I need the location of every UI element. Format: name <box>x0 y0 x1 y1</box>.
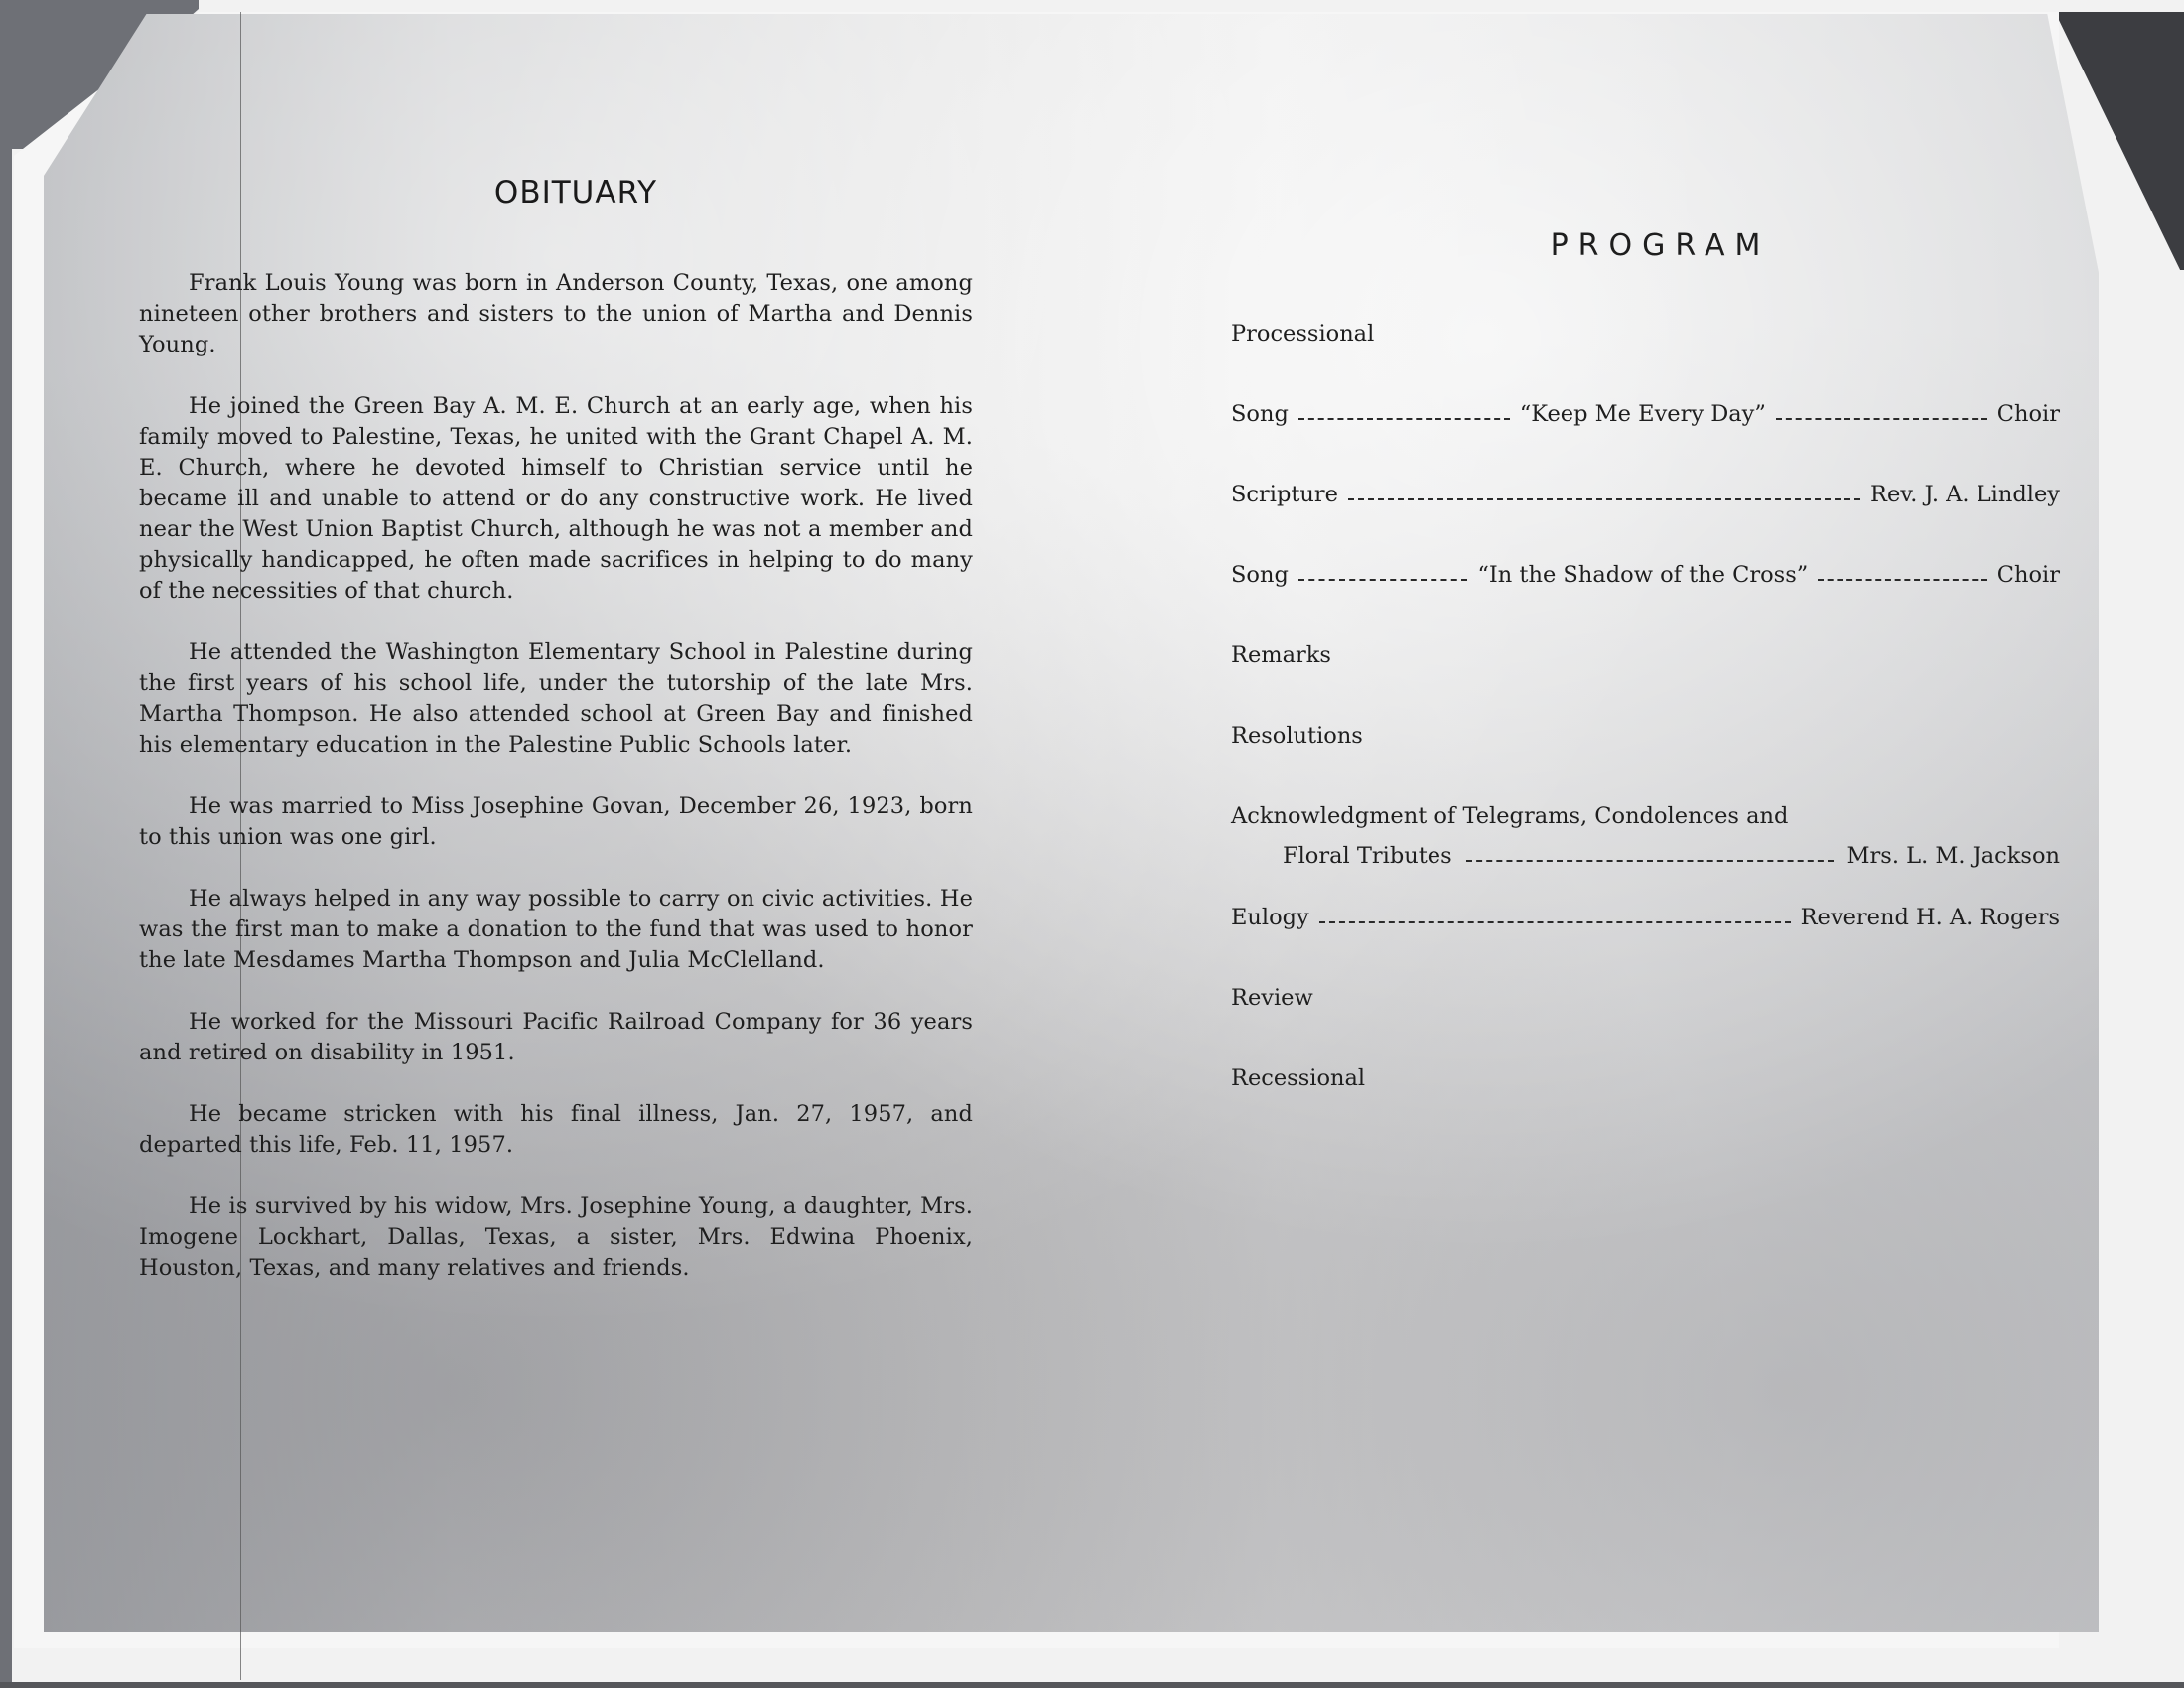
program-item-label: Song <box>1231 401 1289 427</box>
scanner-background-left <box>0 139 12 1688</box>
program-item-scripture: Scripture Rev. J. A. Lindley <box>1231 482 2060 562</box>
program-item-row: Floral Tributes Mrs. L. M. Jackson <box>1231 843 2060 869</box>
program-item-label: Review <box>1231 985 1313 1011</box>
obituary-paragraph: He is survived by his widow, Mrs. Joseph… <box>139 1192 973 1284</box>
leader-dashes <box>1466 860 1834 862</box>
program-item-label: Processional <box>1231 321 1374 347</box>
program-item-label-continued: Floral Tributes <box>1283 843 1452 869</box>
program-item-eulogy: Eulogy Reverend H. A. Rogers <box>1231 905 2060 985</box>
program-item-label: Acknowledgment of Telegrams, Condolences… <box>1231 803 2060 829</box>
program-item-label: Song <box>1231 562 1289 588</box>
program-item-label: Eulogy <box>1231 905 1309 930</box>
program-page: PROGRAM Processional Song “Keep Me Every… <box>1231 228 2060 1146</box>
obituary-paragraph: He always helped in any way possible to … <box>139 884 973 976</box>
program-item-performer: Mrs. L. M. Jackson <box>1847 843 2061 869</box>
obituary-paragraph: He joined the Green Bay A. M. E. Church … <box>139 391 973 607</box>
program-item-label: Scripture <box>1231 482 1338 507</box>
program-item-title: “In the Shadow of the Cross” <box>1477 562 1808 588</box>
program-item-performer: Choir <box>1997 401 2060 427</box>
program-item-title: “Keep Me Every Day” <box>1520 401 1766 427</box>
obituary-paragraph: Frank Louis Young was born in Anderson C… <box>139 268 973 360</box>
program-title: PROGRAM <box>1231 228 2060 263</box>
leader-dashes <box>1818 579 1987 581</box>
obituary-page: OBITUARY Frank Louis Young was born in A… <box>139 159 973 1315</box>
program-item-remarks: Remarks <box>1231 642 2060 723</box>
obituary-paragraph: He worked for the Missouri Pacific Railr… <box>139 1007 973 1068</box>
obituary-paragraph: He attended the Washington Elementary Sc… <box>139 637 973 761</box>
program-item-label: Remarks <box>1231 642 1331 668</box>
program-item-processional: Processional <box>1231 321 2060 401</box>
program-item-song-1: Song “Keep Me Every Day” Choir <box>1231 401 2060 482</box>
program-item-song-2: Song “In the Shadow of the Cross” Choir <box>1231 562 2060 642</box>
leader-dashes <box>1319 921 1791 923</box>
program-item-acknowledgment: Acknowledgment of Telegrams, Condolences… <box>1231 803 2060 869</box>
program-item-performer: Reverend H. A. Rogers <box>1801 905 2060 930</box>
program-item-recessional: Recessional <box>1231 1065 2060 1146</box>
leader-dashes <box>1776 418 1987 420</box>
program-item-performer: Rev. J. A. Lindley <box>1870 482 2060 507</box>
program-item-performer: Choir <box>1997 562 2060 588</box>
obituary-paragraph: He was married to Miss Josephine Govan, … <box>139 791 973 853</box>
program-item-label: Resolutions <box>1231 723 1363 749</box>
leader-dashes <box>1298 579 1468 581</box>
scanner-background-bottom <box>0 1682 2184 1688</box>
obituary-paragraph: He became stricken with his final illnes… <box>139 1099 973 1161</box>
leader-dashes <box>1298 418 1510 420</box>
leader-dashes <box>1348 498 1860 500</box>
program-item-resolutions: Resolutions <box>1231 723 2060 803</box>
obituary-title: OBITUARY <box>139 175 973 211</box>
program-item-label: Recessional <box>1231 1065 1365 1091</box>
program-item-review: Review <box>1231 985 2060 1065</box>
